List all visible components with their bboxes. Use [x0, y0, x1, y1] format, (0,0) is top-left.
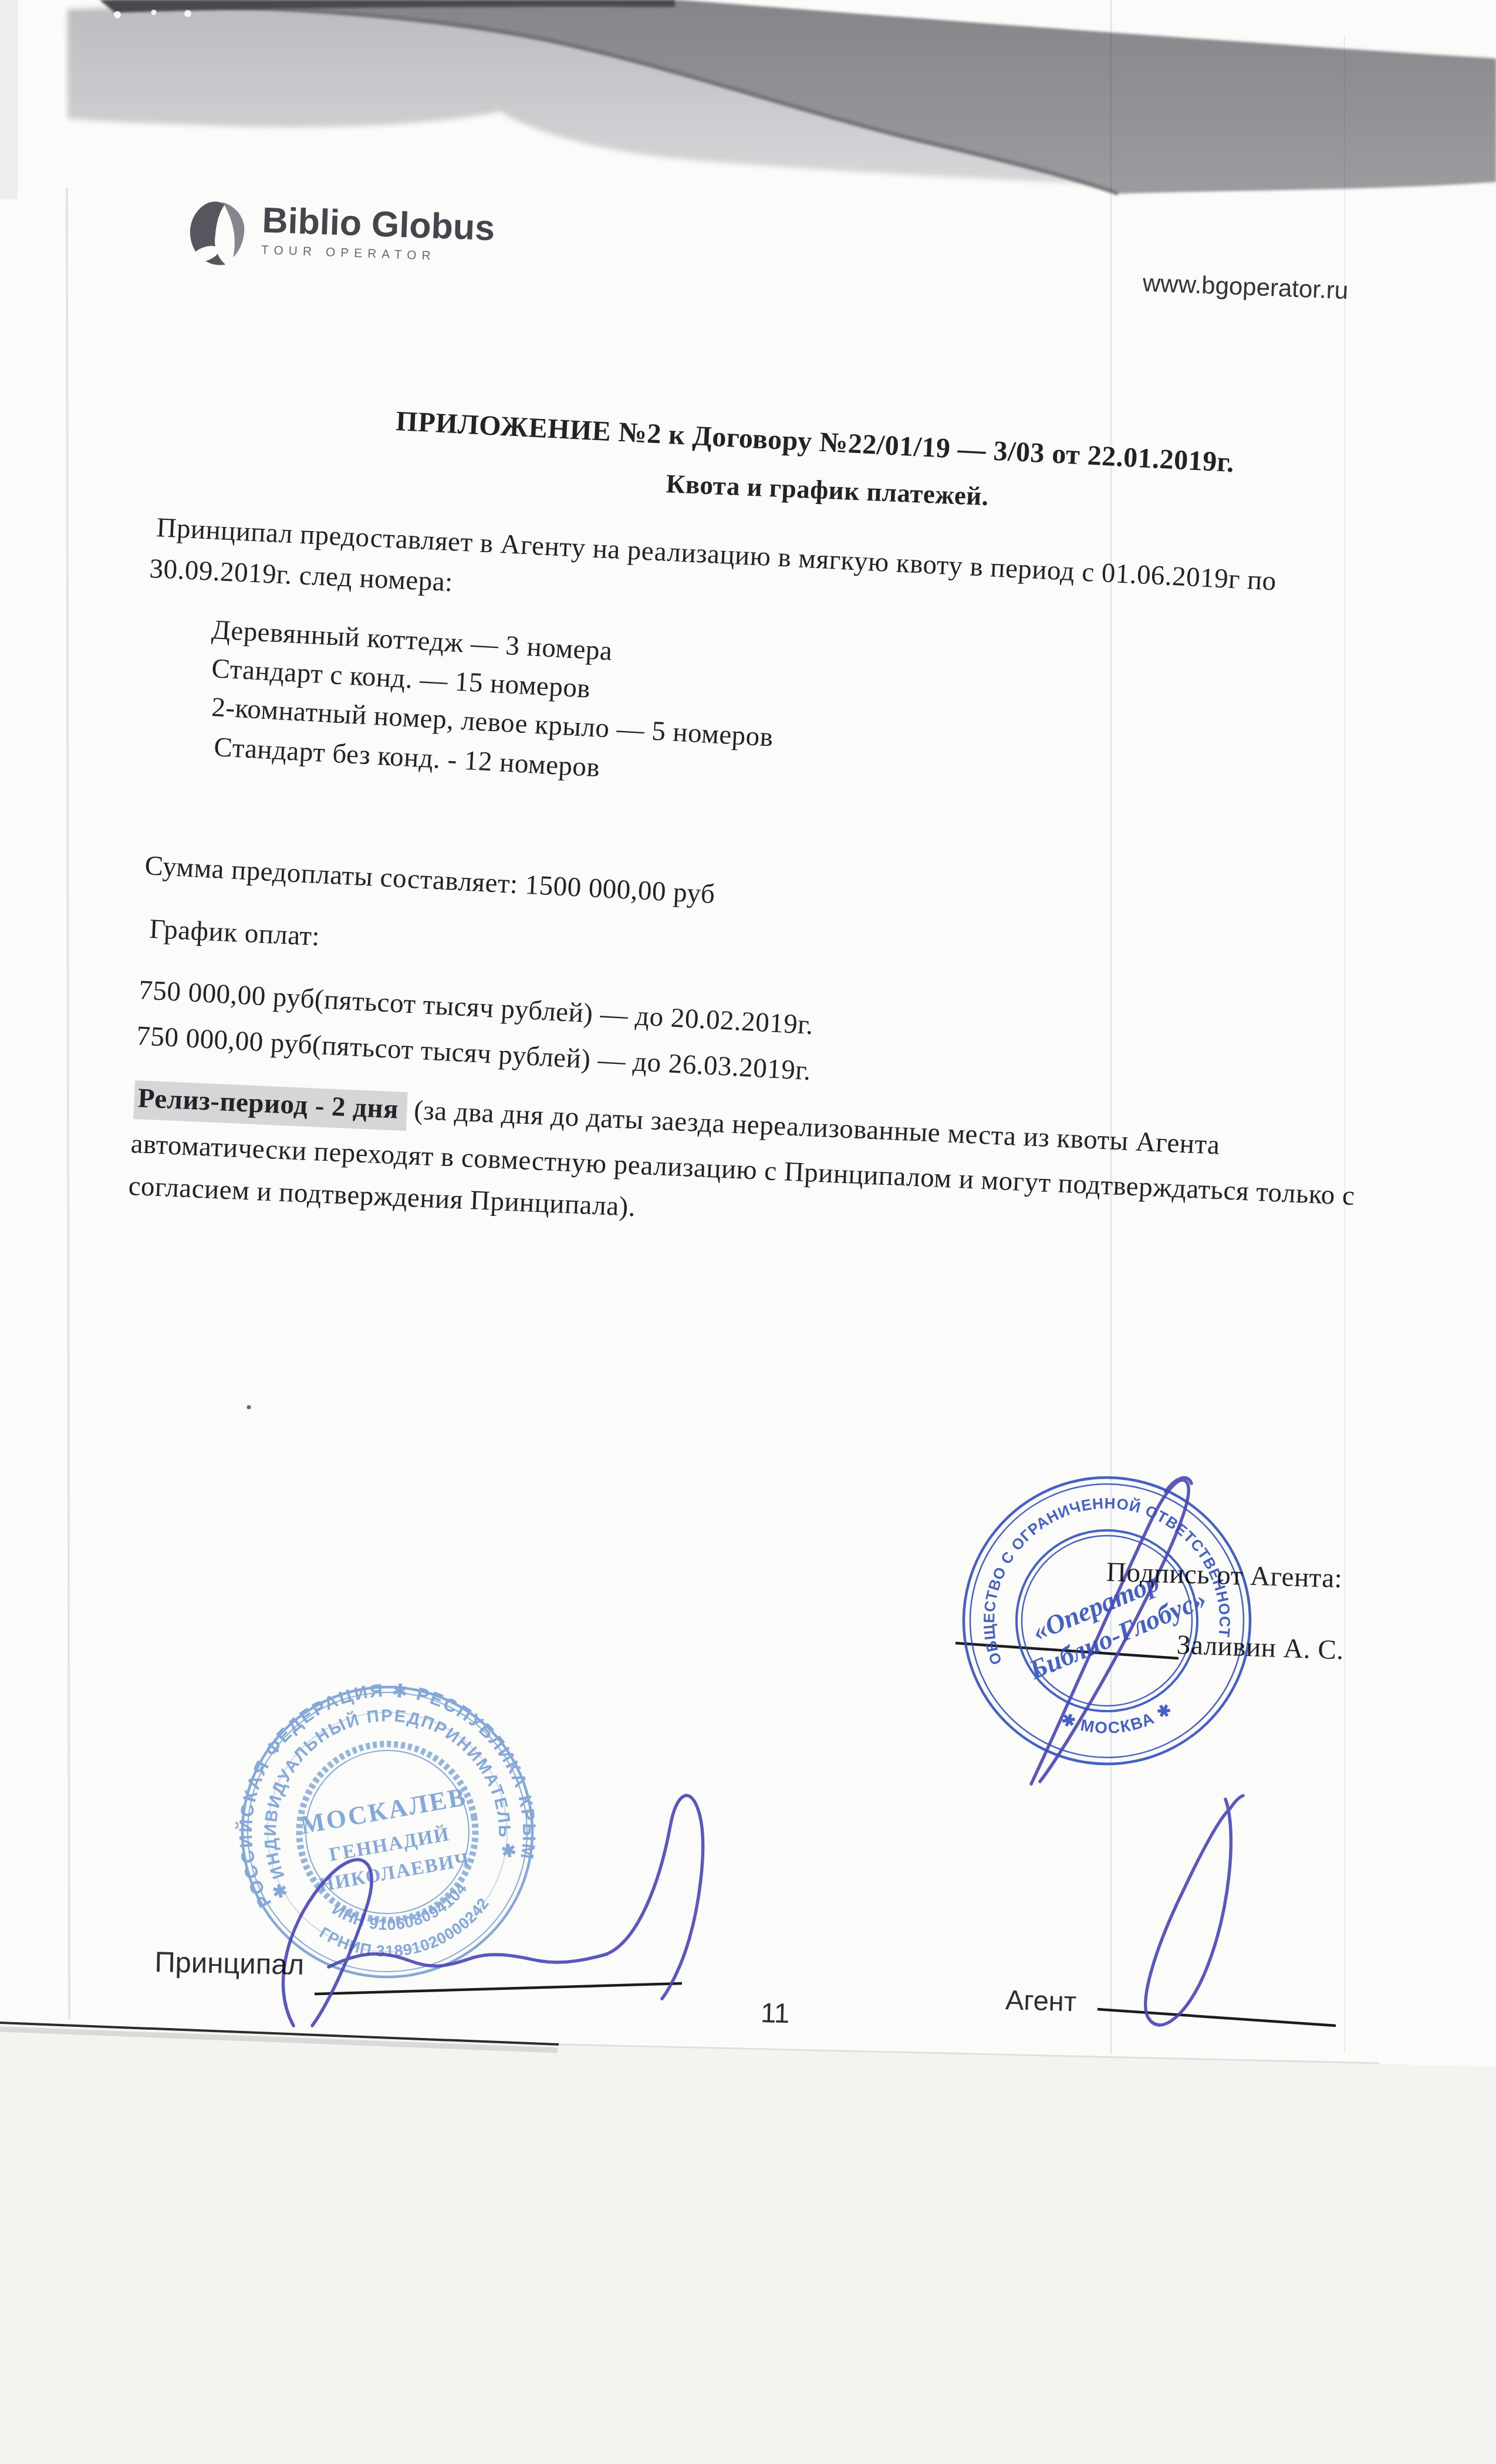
principal-label: Принципал: [154, 1946, 305, 1982]
document-title: ПРИЛОЖЕНИЕ №2 к Договору №22/01/19 — 3/0…: [395, 405, 1235, 479]
schedule-heading: График оплат:: [149, 913, 321, 952]
svg-text:✱ МОСКВА ✱: ✱ МОСКВА ✱: [1057, 1698, 1177, 1742]
stamps-and-signatures-overlay: РОССИЙСКАЯ ФЕДЕРАЦИЯ ✱ РЕСПУБЛИКА КРЫМ И…: [0, 0, 1496, 2464]
release-line: согласием и подтверждения Принципала).: [128, 1170, 636, 1223]
scanned-document-page: { "logo": { "name": "Biblio Globus", "ta…: [0, 0, 1496, 2464]
agent-stamp-bottom-text: ✱ МОСКВА ✱: [1057, 1698, 1177, 1742]
page-left-edge: [67, 188, 69, 2019]
scan-speck: [114, 11, 121, 18]
logo: Biblio Globus TOUR OPERATOR: [184, 198, 496, 284]
website-url: www.bgoperator.ru: [1142, 269, 1349, 305]
logo-name: Biblio Globus: [262, 201, 495, 247]
ink-dot: [247, 1405, 251, 1410]
scanner-left-strip: [0, 0, 18, 200]
principal-stamp-inn-text: ИНН 910608094104: [327, 1877, 476, 1944]
page-number: 11: [761, 1996, 790, 2029]
agent-signature-heading: Подпись от Агента:: [1106, 1556, 1343, 1594]
agent-signature-name: Заливин А. С.: [1176, 1629, 1344, 1666]
biblio-globus-logo-icon: [184, 198, 249, 276]
scan-speck: [151, 10, 157, 15]
document-subtitle: Квота и график платежей.: [666, 468, 990, 512]
principal-stamp-ogrnip-text: ОГРНИП 318910200002421: [298, 1802, 499, 1973]
page-bottom-edge: [0, 2023, 559, 2044]
svg-text:РОССИЙСКАЯ ФЕДЕРАЦИЯ ✱ РЕСПУБЛ: РОССИЙСКАЯ ФЕДЕРАЦИЯ ✱ РЕСПУБЛИКА КРЫМ: [211, 1656, 547, 1913]
principal-stamp-inner-ring-text: ИНДИВИДУАЛЬНЫЙ ПРЕДПРИНИМАТЕЛЬ: [241, 1685, 517, 1882]
page-bottom-edge-shadow: [0, 2029, 558, 2050]
principal-stamp-surname: МОСКАЛЕВ: [298, 1782, 469, 1840]
principal-signature-squiggle: [329, 1954, 607, 1967]
svg-text:ОГРНИП 318910200002421: ОГРНИП 318910200002421: [298, 1802, 499, 1973]
intro-line: 30.09.2019г. след номера:: [149, 553, 454, 598]
scan-header-artifact: [0, 0, 1496, 200]
scan-speck: [184, 10, 191, 17]
principal-stamp-outer-ring-text: РОССИЙСКАЯ ФЕДЕРАЦИЯ ✱ РЕСПУБЛИКА КРЫМ: [211, 1656, 547, 1913]
pen-signatures: [283, 1478, 1243, 2026]
agent-label: Агент: [1005, 1983, 1077, 2017]
principal-signature-flourish: [607, 1796, 703, 1999]
principal-stamp-patronymic: НИКОЛАЕВИЧ: [318, 1849, 472, 1897]
principal-stamp-star: ✱: [271, 1881, 289, 1902]
scanner-bottom-area: [0, 2024, 1496, 2464]
principal-stamp-firstname: ГЕННАДИЙ: [327, 1823, 451, 1866]
prepayment-line: Сумма предоплаты составляет: 1500 000,00…: [144, 850, 715, 910]
principal-stamp-star: ✱: [500, 1841, 518, 1863]
svg-text:ИНН 910608094104: ИНН 910608094104: [327, 1877, 476, 1944]
release-highlight: Релиз-период - 2 дня: [133, 1080, 407, 1131]
agent-signature-line: [1097, 2009, 1336, 2026]
principal-signature-line: [315, 1983, 682, 1994]
agent-stamp-signature-hook: [1166, 1478, 1191, 1492]
principal-signature-loop: [283, 1860, 372, 2026]
page-bottom-edge-faint: [559, 2044, 1379, 2063]
svg-text:ИНДИВИДУАЛЬНЫЙ ПРЕДПРИНИМАТЕЛЬ: ИНДИВИДУАЛЬНЫЙ ПРЕДПРИНИМАТЕЛЬ: [241, 1685, 517, 1882]
agent-signature: [1146, 1796, 1243, 2025]
agent-stamp: ОБЩЕСТВО С ОГРАНИЧЕННОЙ ОТВЕТСТВЕННОСТЬЮ…: [950, 1463, 1264, 1778]
agent-heading-underline: [955, 1643, 1178, 1658]
agent-stamp-signature: [1031, 1480, 1188, 1784]
